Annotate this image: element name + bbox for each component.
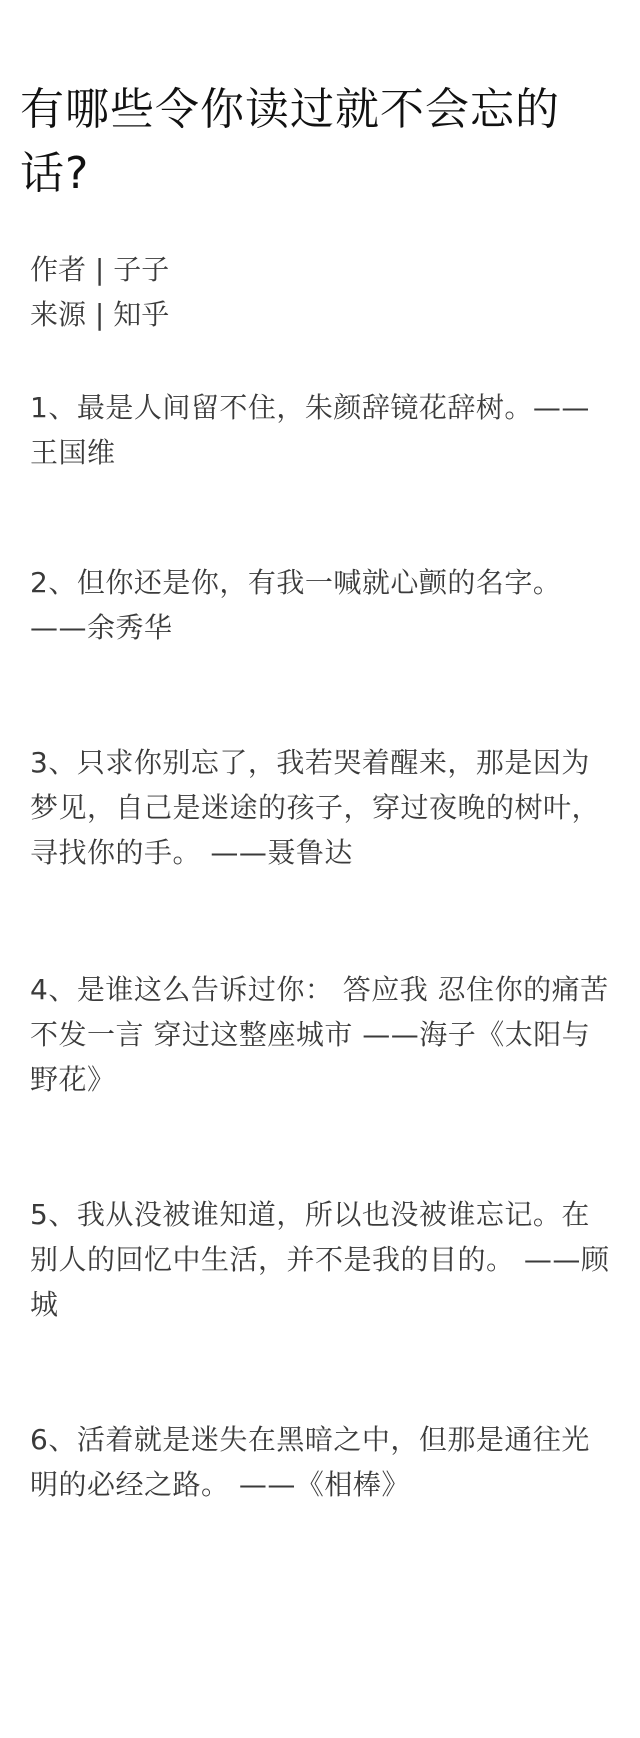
quote-item-3: 3、只求你别忘了，我若哭着醒来，那是因为梦见，自己是迷途的孩子，穿过夜晚的树叶，… [30, 740, 615, 875]
quote-item-1: 1、最是人间留不住，朱颜辞镜花辞树。——王国维 [30, 385, 615, 475]
quote-item-2: 2、但你还是你，有我一喊就心颤的名字。——余秀华 [30, 560, 615, 650]
quote-item-5: 5、我从没被谁知道，所以也没被谁忘记。在别人的回忆中生活，并不是我的目的。 ——… [30, 1192, 615, 1327]
author-line: 作者 | 子子 [30, 247, 169, 292]
quote-item-4: 4、是谁这么告诉过你： 答应我 忍住你的痛苦 不发一言 穿过这整座城市 ——海子… [30, 967, 615, 1102]
source-line: 来源 | 知乎 [30, 292, 169, 337]
article-meta: 作者 | 子子 来源 | 知乎 [30, 247, 169, 337]
quote-item-6: 6、活着就是迷失在黑暗之中，但那是通往光明的必经之路。 ——《相棒》 [30, 1417, 615, 1507]
article-title: 有哪些令你读过就不会忘的话? [20, 78, 620, 206]
